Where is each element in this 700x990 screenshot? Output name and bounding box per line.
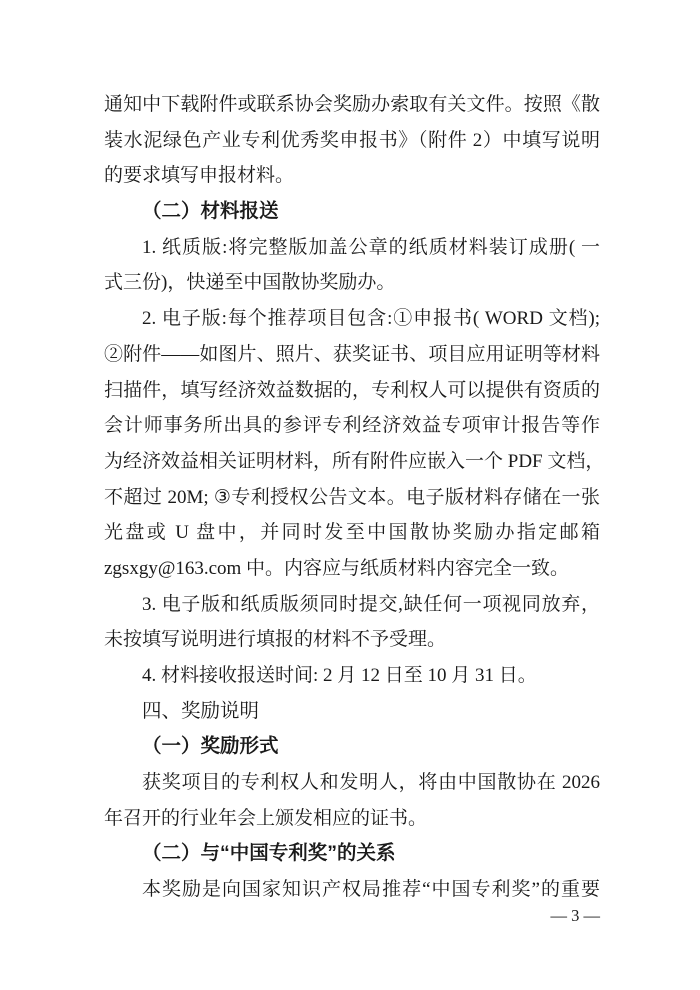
- heading-line: （二）与“中国专利奖”的关系: [104, 836, 600, 872]
- text-line: 通知中下载附件或联系协会奖励办索取有关文件。按照《散: [104, 87, 600, 123]
- text-line: 会计师事务所出具的参评专利经济效益专项审计报告等作: [104, 408, 600, 444]
- document-page: 通知中下载附件或联系协会奖励办索取有关文件。按照《散装水泥绿色产业专利优秀奖申报…: [0, 0, 700, 990]
- document-body: 通知中下载附件或联系协会奖励办索取有关文件。按照《散装水泥绿色产业专利优秀奖申报…: [104, 87, 600, 908]
- text-line: 不超过 20M; ③专利授权公告文本。电子版材料存储在一张: [104, 480, 600, 516]
- text-line: 本奖励是向国家知识产权局推荐“中国专利奖”的重要: [104, 872, 600, 908]
- text-line: 的要求填写申报材料。: [104, 158, 600, 194]
- text-line: 年召开的行业年会上颁发相应的证书。: [104, 801, 600, 837]
- text-line: 扫描件，填写经济效益数据的，专利权人可以提供有资质的: [104, 373, 600, 409]
- text-line: zgsxgy@163.com 中。内容应与纸质材料内容完全一致。: [104, 551, 600, 587]
- heading-line: （一）奖励形式: [104, 729, 600, 765]
- text-line: 获奖项目的专利权人和发明人，将由中国散协在 2026: [104, 765, 600, 801]
- text-line: 光盘或 U 盘中，并同时发至中国散协奖励办指定邮箱: [104, 515, 600, 551]
- text-line: 1. 纸质版:将完整版加盖公章的纸质材料装订成册( 一: [104, 230, 600, 266]
- text-line: 式三份)，快递至中国散协奖励办。: [104, 265, 600, 301]
- text-line: 为经济效益相关证明材料，所有附件应嵌入一个 PDF 文档，: [104, 444, 600, 480]
- text-line: 3. 电子版和纸质版须同时提交,缺任何一项视同放弃，: [104, 587, 600, 623]
- text-line: 装水泥绿色产业专利优秀奖申报书》（附件 2）中填写说明: [104, 123, 600, 159]
- text-line: ②附件——如图片、照片、获奖证书、项目应用证明等材料: [104, 337, 600, 373]
- text-line: 4. 材料接收报送时间: 2 月 12 日至 10 月 31 日。: [104, 658, 600, 694]
- heading-line: （二）材料报送: [104, 194, 600, 230]
- page-number: — 3 —: [551, 904, 601, 928]
- text-line: 未按填写说明进行填报的材料不予受理。: [104, 622, 600, 658]
- heading-line: 四、奖励说明: [104, 694, 600, 730]
- text-line: 2. 电子版:每个推荐项目包含:①申报书( WORD 文档);: [104, 301, 600, 337]
